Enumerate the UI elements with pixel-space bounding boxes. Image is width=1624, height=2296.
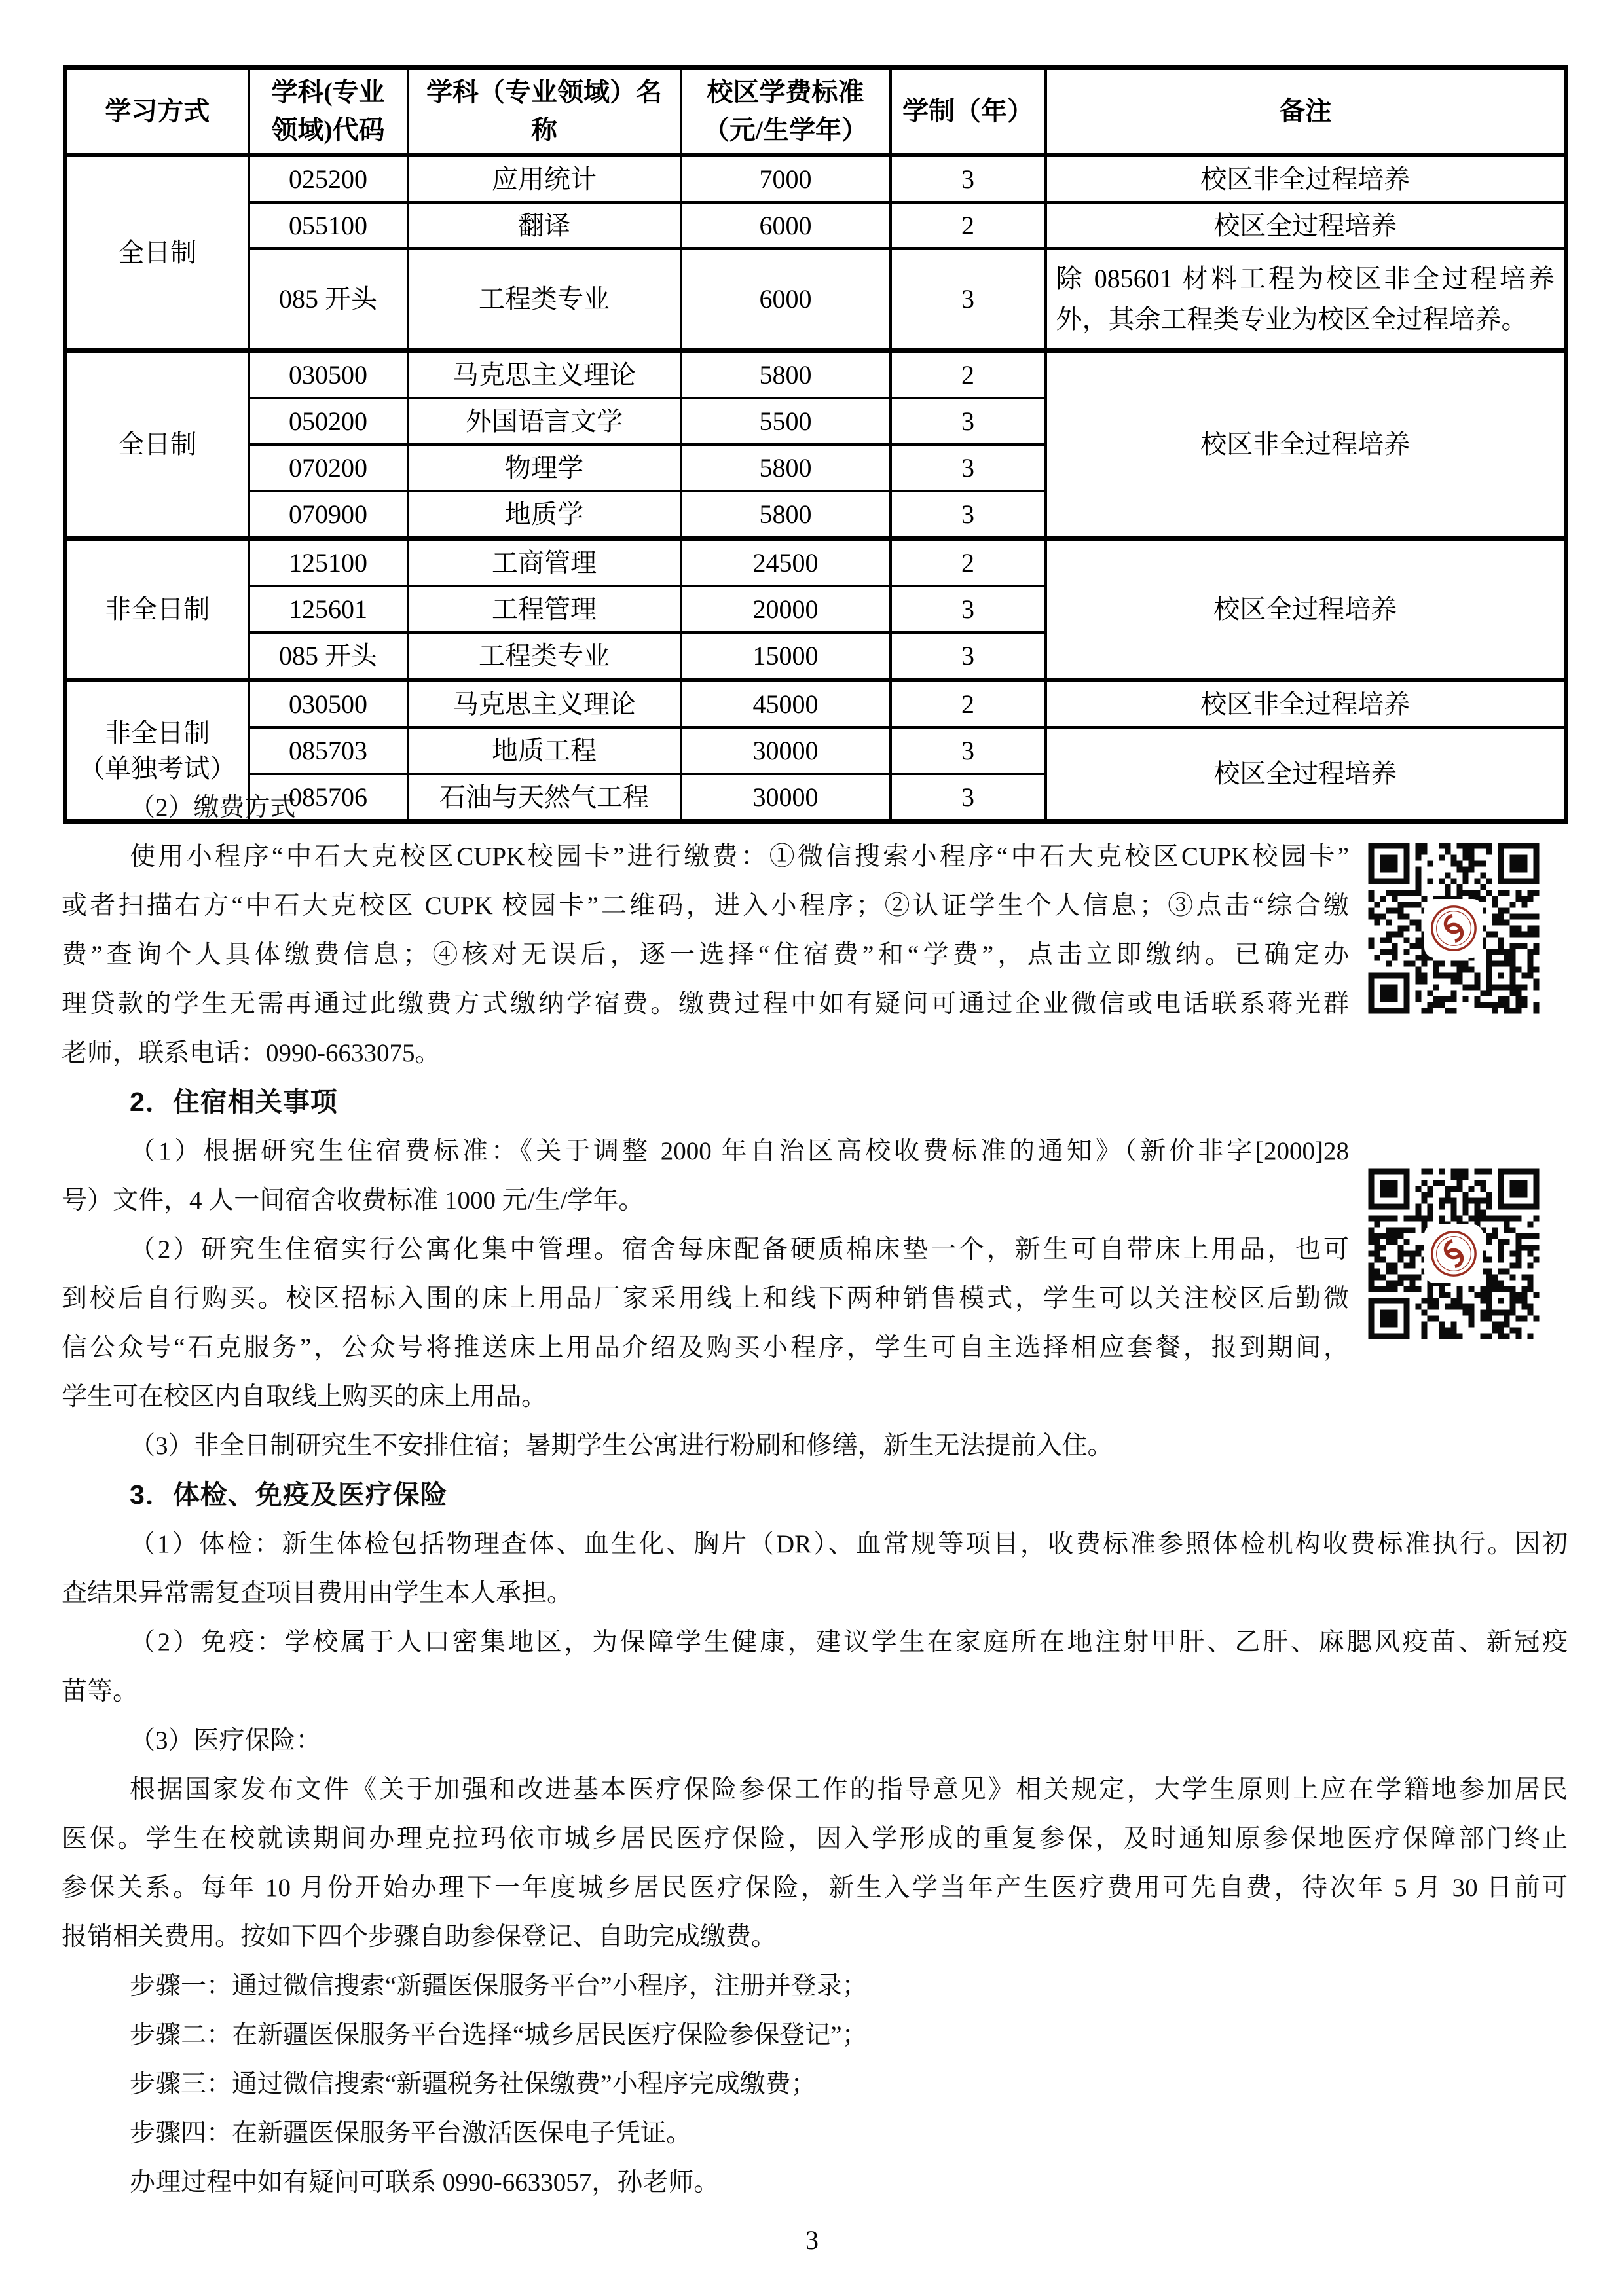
- text-line: 办理过程中如有疑问可联系 0990-6633057，孙老师。: [62, 2158, 1568, 2207]
- fee-cell: 5800: [681, 491, 891, 539]
- text-line: 2．住宿相关事项: [62, 1078, 1568, 1127]
- code-cell: 070200: [249, 445, 408, 491]
- code-cell: 125601: [249, 586, 408, 632]
- code-cell: 030500: [249, 351, 408, 399]
- code-cell: 085703: [249, 727, 408, 774]
- cupk-campus-card-qr-code: [1362, 837, 1545, 1020]
- text-line: （2）缴费方式: [62, 783, 1568, 832]
- major-name-cell: 翻译: [408, 202, 681, 249]
- major-name-cell: 应用统计: [408, 155, 681, 203]
- text-line: 参保关系。每年 10 月份开始办理下一年度城乡居民医疗保险，新生入学当年产生医疗…: [62, 1863, 1568, 1912]
- remark-cell: 校区非全过程培养: [1046, 680, 1566, 728]
- text-line: 根据国家发布文件《关于加强和改进基本医疗保险参保工作的指导意见》相关规定，大学生…: [62, 1765, 1568, 1814]
- text-line: 步骤一：通过微信搜索“新疆医保服务平台”小程序，注册并登录；: [62, 1961, 1568, 2011]
- text-line: 步骤四：在新疆医保服务平台激活医保电子凭证。: [62, 2109, 1568, 2158]
- text-line: （3）医疗保险：: [62, 1716, 1568, 1765]
- years-cell: 2: [891, 539, 1046, 587]
- years-cell: 3: [891, 727, 1046, 774]
- column-header-5: 备注: [1046, 68, 1566, 155]
- major-name-cell: 工商管理: [408, 539, 681, 587]
- university-seal-icon: [1426, 1226, 1482, 1282]
- study-mode-cell: 非全日制: [65, 539, 249, 680]
- text-line: （2）免疫：学校属于人口密集地区，为保障学生健康，建议学生在家庭所在地注射甲肝、…: [62, 1618, 1568, 1667]
- text-line: 报销相关费用。按如下四个步骤自助参保登记、自助完成缴费。: [62, 1912, 1568, 1961]
- text-line: 或者扫描右方“中石大克校区 CUPK 校园卡”二维码，进入小程序；②认证学生个人…: [62, 881, 1349, 930]
- study-mode-cell: 全日制: [65, 351, 249, 539]
- table-header-row: 学习方式学科(专业 领域)代码学科（专业领域）名 称校区学费标准 （元/生学年）…: [65, 68, 1566, 155]
- remark-cell: 除 085601 材料工程为校区非全过程培养外，其余工程类专业为校区全过程培养。: [1046, 249, 1566, 351]
- text-line: 费”查询个人具体缴费信息；④核对无误后，逐一选择“住宿费”和“学费”，点击立即缴…: [62, 930, 1349, 979]
- years-cell: 3: [891, 632, 1046, 680]
- university-seal-icon: [1426, 900, 1482, 957]
- column-header-3: 校区学费标准 （元/生学年）: [681, 68, 891, 155]
- major-name-cell: 外国语言文学: [408, 398, 681, 445]
- major-name-cell: 工程管理: [408, 586, 681, 632]
- fee-cell: 5500: [681, 398, 891, 445]
- shike-service-qr-code: [1362, 1162, 1545, 1345]
- text-line: 理贷款的学生无需再通过此缴费方式缴纳学宿费。缴费过程中如有疑问可通过企业微信或电…: [62, 979, 1349, 1029]
- fee-cell: 20000: [681, 586, 891, 632]
- fee-cell: 15000: [681, 632, 891, 680]
- column-header-4: 学制（年）: [891, 68, 1046, 155]
- code-cell: 125100: [249, 539, 408, 587]
- text-line: 号）文件，4 人一间宿舍收费标准 1000 元/生/学年。: [62, 1176, 1568, 1225]
- text-line: 信公众号“石克服务”，公众号将推送床上用品介绍及购买小程序，学生可自主选择相应套…: [62, 1323, 1349, 1372]
- years-cell: 3: [891, 445, 1046, 491]
- years-cell: 2: [891, 680, 1046, 728]
- fee-cell: 5800: [681, 351, 891, 399]
- code-cell: 030500: [249, 680, 408, 728]
- column-header-2: 学科（专业领域）名 称: [408, 68, 681, 155]
- text-line: 老师，联系电话：0990-6633075。: [62, 1029, 1568, 1078]
- text-line: 步骤三：通过微信搜索“新疆税务社保缴费”小程序完成缴费；: [62, 2060, 1568, 2109]
- years-cell: 3: [891, 249, 1046, 351]
- code-cell: 085 开头: [249, 632, 408, 680]
- text-line: 到校后自行购买。校区招标入围的床上用品厂家采用线上和线下两种销售模式，学生可以关…: [62, 1274, 1349, 1323]
- remark-cell: 校区非全过程培养: [1046, 351, 1566, 539]
- fee-cell: 6000: [681, 249, 891, 351]
- years-cell: 3: [891, 155, 1046, 203]
- years-cell: 3: [891, 586, 1046, 632]
- text-line: 苗等。: [62, 1667, 1568, 1716]
- text-line: 使用小程序“中石大克校区CUPK校园卡”进行缴费：①微信搜索小程序“中石大克校区…: [62, 832, 1349, 881]
- remark-cell: 校区非全过程培养: [1046, 155, 1566, 203]
- text-line: （3）非全日制研究生不安排住宿；暑期学生公寓进行粉刷和修缮，新生无法提前入住。: [62, 1421, 1568, 1470]
- major-name-cell: 工程类专业: [408, 632, 681, 680]
- years-cell: 3: [891, 398, 1046, 445]
- column-header-0: 学习方式: [65, 68, 249, 155]
- major-name-cell: 马克思主义理论: [408, 351, 681, 399]
- years-cell: 2: [891, 202, 1046, 249]
- major-name-cell: 工程类专业: [408, 249, 681, 351]
- code-cell: 050200: [249, 398, 408, 445]
- document-page: 学习方式学科(专业 领域)代码学科（专业领域）名 称校区学费标准 （元/生学年）…: [0, 0, 1624, 2296]
- text-line: （2）研究生住宿实行公寓化集中管理。宿舍每床配备硬质棉床垫一个，新生可自带床上用…: [62, 1225, 1349, 1274]
- text-line: 3．体检、免疫及医疗保险: [62, 1470, 1568, 1520]
- major-name-cell: 地质工程: [408, 727, 681, 774]
- fee-cell: 24500: [681, 539, 891, 587]
- column-header-1: 学科(专业 领域)代码: [249, 68, 408, 155]
- fee-cell: 5800: [681, 445, 891, 491]
- text-line: （1）根据研究生住宿费标准：《关于调整 2000 年自治区高校收费标准的通知》（…: [62, 1127, 1349, 1176]
- text-line: 医保。学生在校就读期间办理克拉玛依市城乡居民医疗保险，因入学形成的重复参保，及时…: [62, 1814, 1568, 1863]
- body-text: （2）缴费方式使用小程序“中石大克校区CUPK校园卡”进行缴费：①微信搜索小程序…: [62, 783, 1568, 2207]
- years-cell: 3: [891, 491, 1046, 539]
- text-line: （1）体检：新生体检包括物理查体、血生化、胸片（DR）、血常规等项目，收费标准参…: [62, 1520, 1568, 1569]
- tuition-fee-table: 学习方式学科(专业 领域)代码学科（专业领域）名 称校区学费标准 （元/生学年）…: [63, 65, 1568, 824]
- fee-cell: 6000: [681, 202, 891, 249]
- code-cell: 085 开头: [249, 249, 408, 351]
- remark-cell: 校区全过程培养: [1046, 539, 1566, 680]
- major-name-cell: 地质学: [408, 491, 681, 539]
- code-cell: 025200: [249, 155, 408, 203]
- remark-cell: 校区全过程培养: [1046, 202, 1566, 249]
- major-name-cell: 马克思主义理论: [408, 680, 681, 728]
- text-line: 查结果异常需复查项目费用由学生本人承担。: [62, 1569, 1568, 1618]
- fee-cell: 7000: [681, 155, 891, 203]
- major-name-cell: 物理学: [408, 445, 681, 491]
- fee-cell: 45000: [681, 680, 891, 728]
- fee-cell: 30000: [681, 727, 891, 774]
- code-cell: 055100: [249, 202, 408, 249]
- study-mode-cell: 全日制: [65, 155, 249, 351]
- code-cell: 070900: [249, 491, 408, 539]
- page-number: 3: [0, 2225, 1624, 2255]
- text-line: 学生可在校区内自取线上购买的床上用品。: [62, 1372, 1568, 1421]
- years-cell: 2: [891, 351, 1046, 399]
- text-line: 步骤二：在新疆医保服务平台选择“城乡居民医疗保险参保登记”；: [62, 2011, 1568, 2060]
